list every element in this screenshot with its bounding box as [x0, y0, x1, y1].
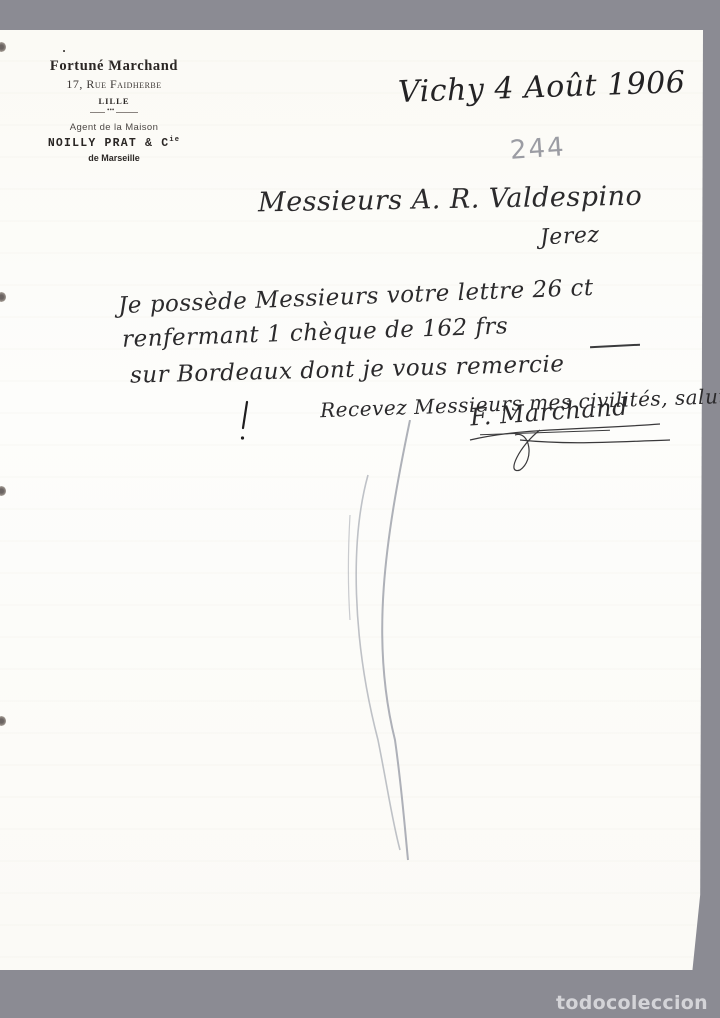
binder-hole: [0, 486, 6, 496]
house-suffix: ie: [169, 136, 180, 144]
signature-flourish-icon: [460, 400, 690, 480]
agent-line: Agent de la Maison: [14, 122, 214, 133]
letterhead-city: LILLE: [14, 96, 214, 106]
letterhead-name: Fortuné Marchand: [14, 58, 214, 75]
blue-pencil-mark-icon: [330, 420, 450, 870]
watermark: todocoleccion: [556, 992, 708, 1014]
house-city: de Marseille: [14, 153, 214, 163]
exclamation-mark-icon: [240, 400, 250, 445]
house-name-text: NOILLY PRAT & C: [48, 137, 170, 150]
house-name: NOILLY PRAT & Cie: [14, 136, 214, 150]
reference-number: 244: [509, 132, 567, 166]
binder-hole: [0, 292, 6, 302]
letterhead: • Fortuné Marchand 17, Rue Faidherbe LIL…: [14, 48, 214, 163]
ornament-dot: •: [0, 48, 214, 56]
letterhead-address: 17, Rue Faidherbe: [14, 77, 214, 92]
recipient-city: Jerez: [539, 222, 600, 250]
binder-hole: [0, 716, 6, 726]
ornament-divider: [90, 112, 138, 113]
